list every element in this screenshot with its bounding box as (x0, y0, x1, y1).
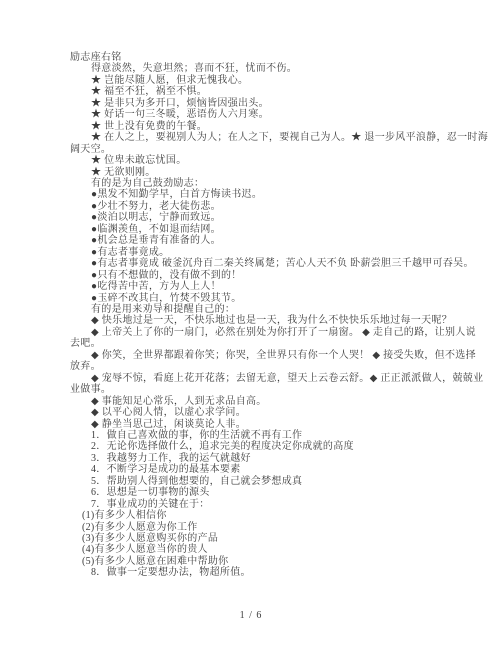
page-number: 1 / 6 (0, 610, 502, 621)
doc-section-heading: 有的是用来劝导和提醒自己的： (91, 304, 454, 315)
doc-line: ★ 位卑未敢忘忧国。 (91, 155, 454, 166)
doc-line: 得意淡然，失意坦然；喜而不狂，忧而不伤。 (91, 63, 454, 74)
doc-sub-item: (3)有多少人愿意购买你的产品 (82, 533, 454, 544)
doc-line: ★ 福至不狂，祸至不惧。 (91, 86, 454, 97)
doc-line: ◆ 事能知足心常乐，人到无求品自高。 (91, 396, 454, 407)
doc-line: ●临渊羡鱼，不如退而结网。 (91, 224, 454, 235)
doc-sub-item: (5)有多少人愿意在困难中帮助你 (82, 556, 454, 567)
doc-line: ★ 无欲则刚。 (91, 167, 454, 178)
doc-sub-item: (4)有多少人愿意当你的贵人 (82, 544, 454, 555)
page-title: 励志座右铭 (70, 52, 454, 63)
doc-sub-item: (1)有多少人相信你 (82, 510, 454, 521)
doc-line: ★ 好话一句三冬暖，恶语伤人六月寒。 (91, 109, 454, 120)
doc-line: ◆ 宠辱不惊，看庭上花开花落；去留无意，望天上云卷云舒。◆ 正正派派做人，兢兢业 (91, 373, 454, 384)
doc-line: ●有志者事竟成 破釜沉舟百二秦关终属楚；苦心人天不负 卧薪尝胆三千越甲可吞吴。 (91, 258, 454, 269)
doc-line: ●少壮不努力，老大徒伤悲。 (91, 201, 454, 212)
doc-line: ◆ 你笑，全世界都跟着你笑；你哭，全世界只有你一个人哭！ ◆ 接受失败，但不选择 (91, 350, 454, 361)
doc-line: 去吧。 (70, 338, 454, 349)
document-page: 励志座右铭 得意淡然，失意坦然；喜而不狂，忧而不伤。 ★ 岂能尽随人愿，但求无愧… (0, 0, 502, 649)
doc-numbered-item: 6．思想是一切事物的源头 (91, 487, 454, 498)
doc-numbered-item: 5．帮助别人得到他想要的，自己就会梦想成真 (91, 476, 454, 487)
doc-line: ●淡泊以明志，宁静而致远。 (91, 212, 454, 223)
doc-line: ★ 世上没有免费的午餐。 (91, 121, 454, 132)
doc-numbered-item: 1．做自己喜欢做的事，你的生活就不再有工作 (91, 430, 454, 441)
doc-line: ★ 在人之上，要视别人为人；在人之下，要视自己为人。★ 退一步风平浪静，忍一时海 (91, 132, 454, 143)
doc-line: ★ 岂能尽随人愿，但求无愧我心。 (91, 75, 454, 86)
doc-line: 业做事。 (70, 384, 454, 395)
doc-line: ●有志者事竟成。 (91, 247, 454, 258)
doc-sub-item: (2)有多少人愿意为你工作 (82, 522, 454, 533)
doc-line: 阔天空。 (70, 144, 454, 155)
doc-line: ●机会总是垂青有准备的人。 (91, 235, 454, 246)
doc-line: ●只有不想做的，没有做不到的！ (91, 270, 454, 281)
doc-line: 放弃。 (70, 361, 454, 372)
document-body: 励志座右铭 得意淡然，失意坦然；喜而不狂，忧而不伤。 ★ 岂能尽随人愿，但求无愧… (70, 52, 454, 579)
doc-numbered-item: 8．做事一定要想办法，物超所值。 (91, 567, 454, 578)
doc-numbered-item: 7．事业成功的关键在于： (91, 499, 454, 510)
doc-numbered-item: 4．不断学习是成功的最基本要素 (91, 464, 454, 475)
doc-line: ◆ 快乐地过是一天，不快乐地过也是一天，我为什么不快快乐乐地过每一天呢？ (91, 315, 454, 326)
doc-line: ●黑发不知勤学早，白首方悔读书迟。 (91, 189, 454, 200)
doc-line: ◆ 静坐当思己过，闲谈莫论人非。 (91, 419, 454, 430)
doc-line: ●吃得苦中苦，方为人上人！ (91, 281, 454, 292)
doc-line: ●玉碎不改其白，竹焚不毁其节。 (91, 293, 454, 304)
doc-line: ◆ 上帝关上了你的一扇门，必然在别处为你打开了一扇窗。 ◆ 走自己的路，让别人说 (91, 327, 454, 338)
doc-section-heading: 有的是为自己鼓劲励志： (91, 178, 454, 189)
doc-numbered-item: 2．无论你选择做什么，追求完美的程度决定你成就的高度 (91, 441, 454, 452)
doc-line: ◆ 以平心阅人情，以虚心求学问。 (91, 407, 454, 418)
doc-line: ★ 是非只为多开口，烦恼皆因强出头。 (91, 98, 454, 109)
doc-numbered-item: 3．我越努力工作，我的运气就越好 (91, 453, 454, 464)
